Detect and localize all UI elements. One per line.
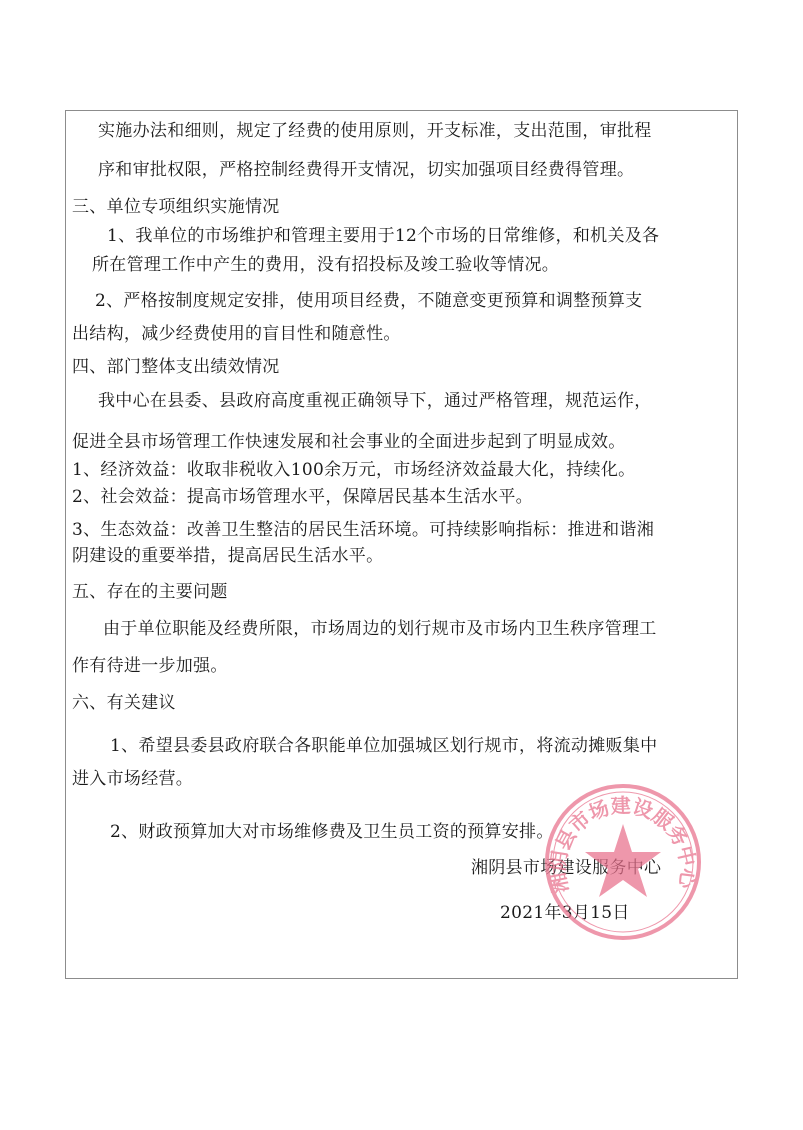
text-line: 三、单位专项组织实施情况 xyxy=(72,197,280,217)
text-line: 六、有关建议 xyxy=(72,693,176,713)
text-line: 四、部门整体支出绩效情况 xyxy=(72,357,280,377)
text-line: 实施办法和细则，规定了经费的使用原则，开支标准，支出范围，审批程 xyxy=(98,121,652,141)
text-line: 1、我单位的市场维护和管理主要用于12个市场的日常维修，和机关及各 xyxy=(107,226,659,246)
text-line: 1、希望县委县政府联合各职能单位加强城区划行规市，将流动摊贩集中 xyxy=(110,736,657,756)
official-seal-stamp: 湘阴县市场建设服务中心 xyxy=(543,782,703,942)
text-line: 五、存在的主要问题 xyxy=(72,582,228,602)
text-line: 3、生态效益：改善卫生整洁的居民生活环境。可持续影响指标：推进和谐湘 xyxy=(72,520,654,540)
text-line: 1、经济效益：收取非税收入100余万元，市场经济效益最大化，持续化。 xyxy=(72,460,635,480)
text-line: 由于单位职能及经费所限，市场周边的划行规市及市场内卫生秩序管理工 xyxy=(103,619,657,639)
text-line: 我中心在县委、县政府高度重视正确领导下，通过严格管理，规范运作， xyxy=(98,391,652,411)
text-line: 序和审批权限，严格控制经费得开支情况，切实加强项目经费得管理。 xyxy=(98,160,634,180)
star-icon xyxy=(585,824,661,897)
text-line: 促进全县市场管理工作快速发展和社会事业的全面进步起到了明显成效。 xyxy=(72,432,626,452)
text-line: 出结构，减少经费使用的盲目性和随意性。 xyxy=(72,324,401,344)
text-line: 阴建设的重要举措，提高居民生活水平。 xyxy=(72,546,383,566)
text-line: 进入市场经营。 xyxy=(72,769,193,789)
text-line: 所在管理工作中产生的费用，没有招投标及竣工验收等情况。 xyxy=(92,255,559,275)
text-line: 2、财政预算加大对市场维修费及卫生员工资的预算安排。 xyxy=(110,822,554,842)
text-line: 2、社会效益：提高市场管理水平，保障居民基本生活水平。 xyxy=(72,487,533,507)
text-line: 2、严格按制度规定安排，使用项目经费，不随意变更预算和调整预算支 xyxy=(95,291,642,311)
text-line: 作有待进一步加强。 xyxy=(72,656,228,676)
